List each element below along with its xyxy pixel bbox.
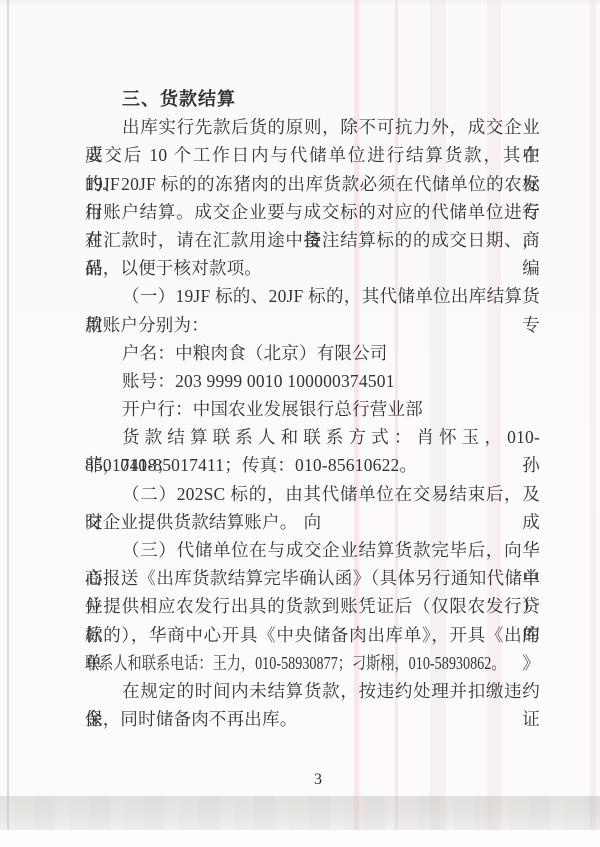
text-line: （三）代储单位在与成交企业结算货款完毕后，向华商中 xyxy=(85,536,540,564)
contact-line: 货款结算联系人和联系方式：肖怀玉，010-85017418；孙 xyxy=(85,423,540,451)
text-line: 在汇款时，请在汇款用途中备注结算标的的成交日期、商品编 xyxy=(85,226,540,254)
text-line: 在规定的时间内未结算货款，按违约处理并扣缴违约保证 xyxy=(85,677,540,705)
document-body: 三、货款结算出库实行先款后货的原则，除不可抗力外，成交企业要在成交后 10 个工… xyxy=(85,85,540,733)
scan-streak xyxy=(590,0,596,847)
bank-line: 开户行：中国农业发展银行总行营业部 xyxy=(85,395,540,423)
section-heading: 三、货款结算 xyxy=(85,85,540,113)
account-number-line: 账号：203 9999 0010 100000374501 xyxy=(85,367,540,395)
text-line: （二）202SC 标的，由其代储单位在交易结束后，及时向成 xyxy=(85,480,540,508)
scan-bottom-shadow xyxy=(0,796,600,830)
text-line: 并提供相应农发行出具的货款到账凭证后（仅限农发行贷款的 xyxy=(85,592,540,620)
scan-edge-line xyxy=(7,0,9,847)
scan-bottom-margin xyxy=(0,830,600,847)
scanned-page: 三、货款结算出库实行先款后货的原则，除不可抗力外，成交企业要在成交后 10 个工… xyxy=(0,0,600,847)
account-name-line: 户名：中粮肉食（北京）有限公司 xyxy=(85,339,540,367)
text-line: （一）19JF 标的、20JF 标的，其代储单位出库结算货款专 xyxy=(85,282,540,310)
contact-line: 联系人和联系电话：王力，010-58930877；刁斯栩，010-5893086… xyxy=(85,649,454,677)
text-line: 成交后 10 个工作日内与代储单位进行结算货款，其中 19JF 标 xyxy=(85,141,540,169)
text-line: 标的），华商中心开具《中央储备肉出库单》，开具《出库单》 xyxy=(85,621,540,649)
page-number: 3 xyxy=(0,771,600,789)
text-line: 心报送《出库货款结算完毕确认函》（具体另行通知代储单位） xyxy=(85,564,540,592)
text-line: 用账户结算。成交企业要与成交标的对应的代储单位进行对接， xyxy=(85,198,540,226)
text-line: 的、20JF 标的的冻猪肉的出库货款必须在代储单位的农发行专 xyxy=(85,170,540,198)
text-line: 出库实行先款后货的原则，除不可抗力外，成交企业要在 xyxy=(85,113,540,141)
